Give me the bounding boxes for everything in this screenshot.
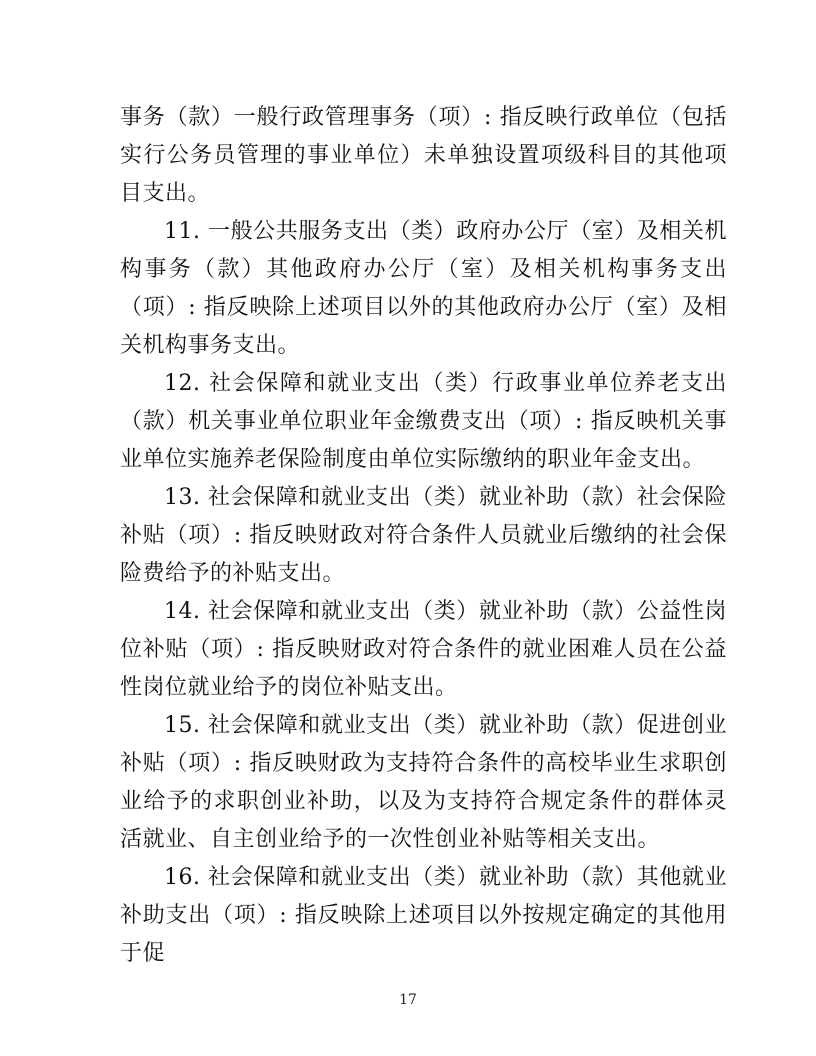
document-content: 事务（款）一般行政管理事务（项）: 指反映行政单位（包括实行公务员管理的事业单位… [120,99,727,973]
page-number: 17 [0,991,816,1009]
paragraph: 14. 社会保障和就业支出（类）就业补助（款）公益性岗位补贴（项）: 指反映财政… [120,593,727,707]
paragraph: 12. 社会保障和就业支出（类）行政事业单位养老支出（款）机关事业单位职业年金缴… [120,365,727,479]
paragraph: 13. 社会保障和就业支出（类）就业补助（款）社会保险补贴（项）: 指反映财政对… [120,479,727,593]
document-page: 事务（款）一般行政管理事务（项）: 指反映行政单位（包括实行公务员管理的事业单位… [0,0,816,1056]
paragraph: 11. 一般公共服务支出（类）政府办公厅（室）及相关机构事务（款）其他政府办公厅… [120,213,727,365]
paragraph: 15. 社会保障和就业支出（类）就业补助（款）促进创业补贴（项）: 指反映财政为… [120,707,727,859]
paragraph: 事务（款）一般行政管理事务（项）: 指反映行政单位（包括实行公务员管理的事业单位… [120,99,727,213]
paragraph: 16. 社会保障和就业支出（类）就业补助（款）其他就业补助支出（项）: 指反映除… [120,859,727,973]
